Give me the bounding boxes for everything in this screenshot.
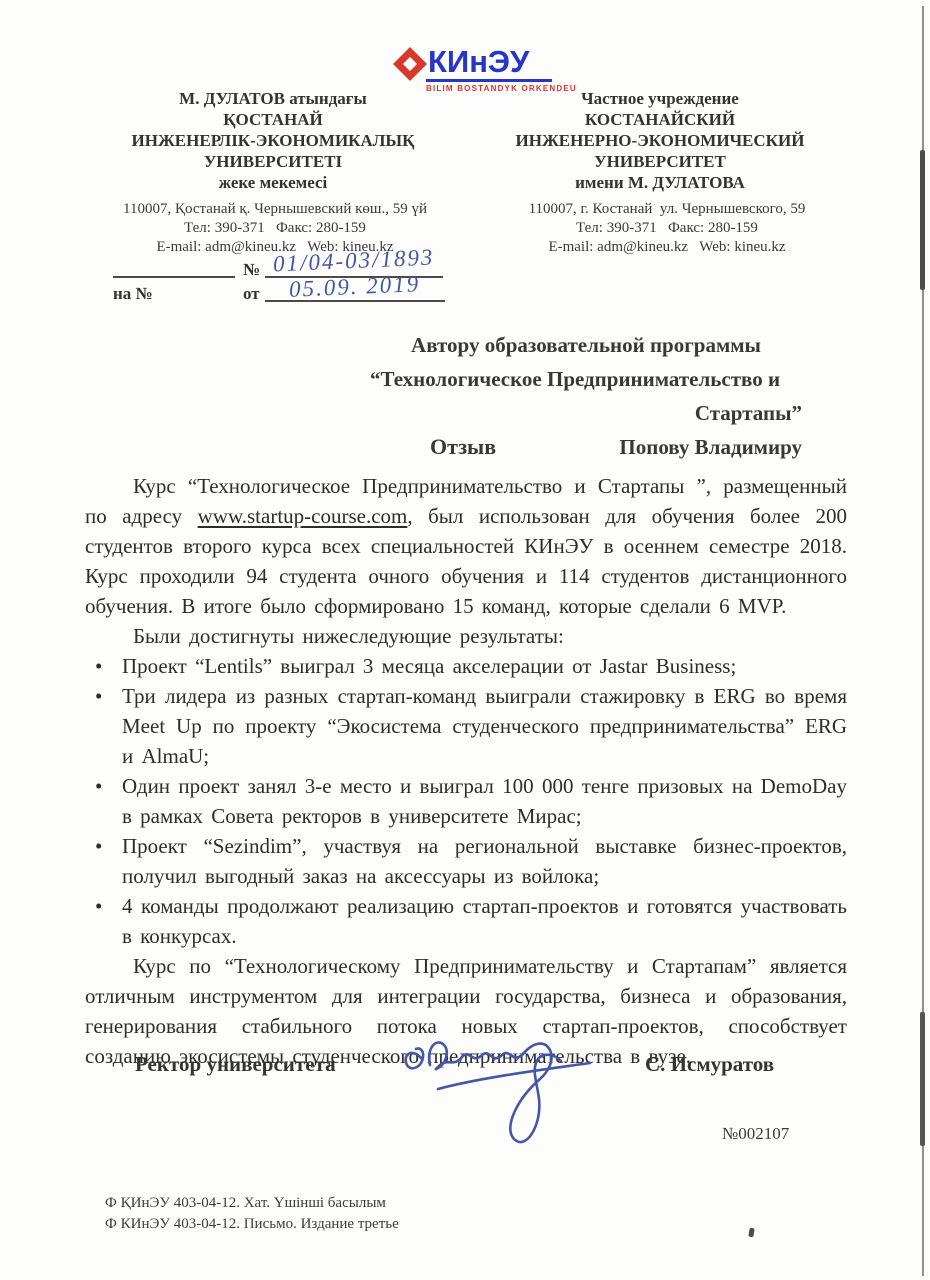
org-kk-line: жеке мекемесі [118,172,428,193]
result-item: Проект “Lentils” выиграл 3 месяца акселе… [85,651,847,681]
letter-body: Курс “Технологическое Предпринимательств… [85,471,847,1071]
org-kk-line: ИНЖЕНЕРЛІК-ЭКОНОМИКАЛЫҚ [118,130,428,151]
scan-speck [748,1228,754,1238]
logo-wordmark: КИнЭУ [428,46,529,77]
course-url-text: www.startup-course.com [198,504,408,528]
opening-paragraph: Курс “Технологическое Предпринимательств… [85,471,847,621]
contact-ru-address: 110007, г. Костанай ул. Чернышевского, 5… [502,200,832,219]
handwritten-signature-icon [398,1025,608,1175]
scanned-letter-page: КИнЭУ BILIM BOSTANDYK ORKENDEU М. ДУЛАТО… [0,0,930,1280]
result-item: Три лидера из разных стартап-команд выиг… [85,681,847,771]
footer-notes: Ф ҚИнЭУ 403-04-12. Хат. Үшінші басылым Ф… [105,1193,399,1235]
date-label: от [243,284,260,304]
number-label: № [243,260,260,280]
org-ru-line: УНИВЕРСИТЕТ [500,151,820,172]
org-ru-line: ИНЖЕНЕРНО-ЭКОНОМИЧЕСКИЙ [500,130,820,151]
form-serial-number: №002107 [722,1124,789,1144]
org-ru-line: имени М. ДУЛАТОВА [500,172,820,193]
results-list: Проект “Lentils” выиграл 3 месяца акселе… [85,651,847,951]
contact-ru-email: E-mail: adm@kineu.kz Web: kineu.kz [502,238,832,257]
scan-edge-dark-segment [920,150,925,290]
results-intro: Были достигнуты нижеследующие результаты… [85,621,847,651]
contact-block-russian: 110007, г. Костанай ул. Чернышевского, 5… [502,200,832,257]
org-kk-line: М. ДУЛАТОВ атындағы [118,88,428,109]
org-name-russian: Частное учреждение КОСТАНАЙСКИЙ ИНЖЕНЕРН… [500,88,820,193]
result-item: 4 команды продолжают реализацию стартап-… [85,891,847,951]
org-kk-line: ҚОСТАНАЙ [118,109,428,130]
org-name-kazakh: М. ДУЛАТОВ атындағы ҚОСТАНАЙ ИНЖЕНЕРЛІК-… [118,88,428,193]
outgoing-date-field: 05.09. 2019 [265,274,445,302]
footer-note-russian: Ф КИнЭУ 403-04-12. Письмо. Издание треть… [105,1214,399,1235]
org-kk-line: УНИВЕРСИТЕТІ [118,151,428,172]
handwritten-date: 05.09. 2019 [289,271,421,303]
contact-ru-phone: Тел: 390-371 Факс: 280-159 [502,219,832,238]
org-ru-line: КОСТАНАЙСКИЙ [500,109,820,130]
on-number-label: на № [113,284,153,304]
letter-title: Отзыв [430,434,496,460]
signatory-name: С. Исмуратов [645,1052,774,1077]
contact-kk-address: 110007, Қостанай қ. Чернышевский көш., 5… [110,200,440,219]
org-ru-line: Частное учреждение [500,88,820,109]
result-item: Один проект занял 3-е место и выиграл 10… [85,771,847,831]
recipient-line: Автору образовательной программы [370,328,802,362]
recipient-line: Стартапы” [370,396,802,430]
logo-rule [426,79,552,82]
recipient-line: “Технологическое Предпринимательство и [370,362,802,396]
reference-blank-line [113,258,235,278]
diamond-logo-icon [393,47,427,81]
letterhead-logo: КИнЭУ BILIM BOSTANDYK ORKENDEU [396,46,561,93]
scan-edge-dark-segment [920,1012,925,1146]
result-item: Проект “Sezindim”, участвуя на региональ… [85,831,847,891]
footer-note-kazakh: Ф ҚИнЭУ 403-04-12. Хат. Үшінші басылым [105,1193,399,1214]
contact-kk-phone: Тел: 390-371 Факс: 280-159 [110,219,440,238]
signatory-role: Ректор университета [135,1052,336,1077]
